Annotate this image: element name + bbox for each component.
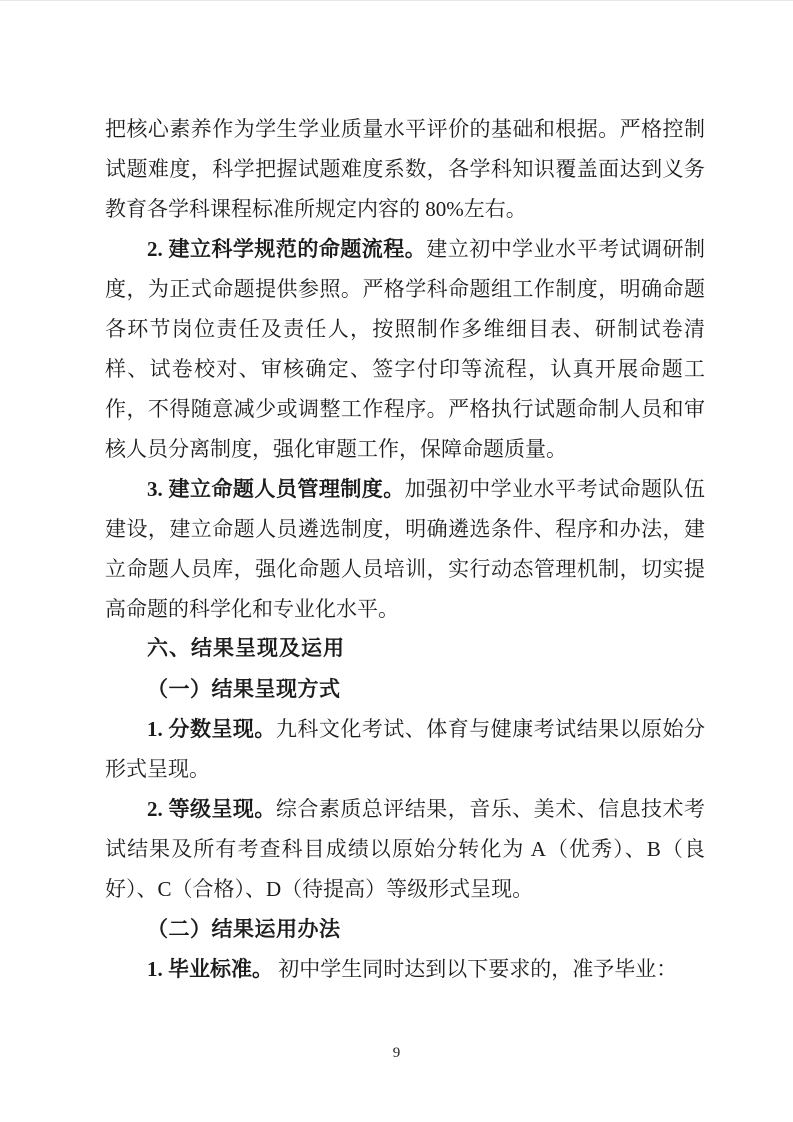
paragraph-lead: 2. 等级呈现。 [147,797,276,821]
subsection-heading: （一）结果呈现方式 [105,669,705,709]
paragraph: 2. 建立科学规范的命题流程。建立初中学业水平考试调研制度，为正式命题提供参照。… [105,229,705,469]
page-number: 9 [0,1044,793,1062]
paragraph: 2. 等级呈现。综合素质总评结果，音乐、美术、信息技术考试结果及所有考查科目成绩… [105,789,705,909]
paragraph: 1. 毕业标准。 初中学生同时达到以下要求的，准予毕业： [105,949,705,989]
paragraph-lead: 2. 建立科学规范的命题流程。 [147,237,426,261]
paragraph-lead: 1. 分数呈现。 [147,717,276,741]
paragraph-text: 初中学生同时达到以下要求的，准予毕业： [273,957,677,981]
paragraph-lead: 3. 建立命题人员管理制度。 [147,477,405,501]
paragraph-text: 建立初中学业水平考试调研制度，为正式命题提供参照。严格学科命题组工作制度，明确命… [105,237,705,461]
paragraph: 把核心素养作为学生学业质量水平评价的基础和根据。严格控制试题难度，科学把握试题难… [105,109,705,229]
paragraph-text: 把核心素养作为学生学业质量水平评价的基础和根据。严格控制试题难度，科学把握试题难… [105,117,705,221]
paragraph: 3. 建立命题人员管理制度。加强初中学业水平考试命题队伍建设，建立命题人员遴选制… [105,469,705,629]
subsection-heading: （二）结果运用办法 [105,909,705,949]
document-page: 把核心素养作为学生学业质量水平评价的基础和根据。严格控制试题难度，科学把握试题难… [0,0,793,1122]
paragraph: 1. 分数呈现。九科文化考试、体育与健康考试结果以原始分形式呈现。 [105,709,705,789]
section-heading: 六、结果呈现及运用 [105,629,705,669]
paragraph-lead: 1. 毕业标准。 [147,957,273,981]
